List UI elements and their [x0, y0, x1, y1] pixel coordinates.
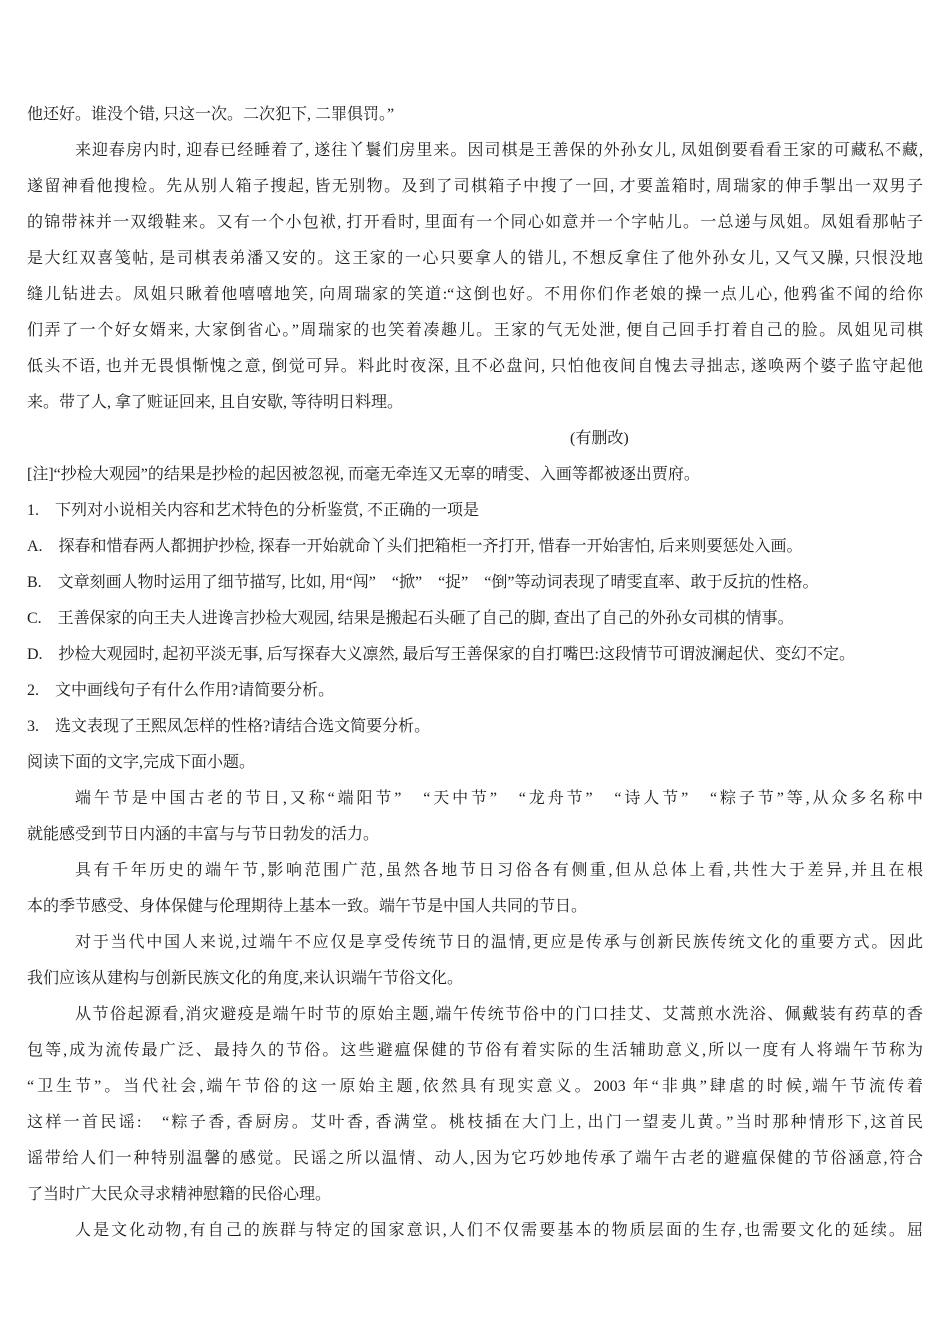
- question-2: 2. 文中画线句子有什么作用?请简要分析。: [27, 673, 923, 709]
- passage2-line-10: 这样一首民谣: “粽子香, 香厨房。艾叶香, 香满堂。桃枝插在大门上, 出门一望…: [27, 1105, 923, 1141]
- question-3: 3. 选文表现了王熙凤怎样的性格?请结合选文简要分析。: [27, 709, 923, 745]
- passage1-line-5: 是大红双喜笺帖, 是司棋表弟潘又安的。这王家的一心只要拿人的错儿, 不想反拿住了…: [27, 241, 923, 277]
- instruction-line: 阅读下面的文字,完成下面小题。: [27, 745, 923, 781]
- passage2-line-12: 了当时广大民众寻求精神慰籍的民俗心理。: [27, 1177, 923, 1213]
- passage1-line-4: 的锦带袜并一双缎鞋来。又有一个小包袱, 打开看时, 里面有一个同心如意并一个字帖…: [27, 205, 923, 241]
- passage2-line-5: 对于当代中国人来说,过端午不应仅是享受传统节日的温情,更应是传承与创新民族传统文…: [27, 925, 923, 961]
- passage1-line-9: 来。带了人, 拿了赃证回来, 且自安歇, 等待明日料理。: [27, 385, 923, 421]
- passage1-line-1: 他还好。谁没个错, 只这一次。二次犯下, 二罪俱罚。”: [27, 97, 923, 133]
- exam-page: 他还好。谁没个错, 只这一次。二次犯下, 二罪俱罚。”来迎春房内时, 迎春已经睡…: [0, 0, 950, 1249]
- option-A: A. 探春和惜春两人都拥护抄检, 探春一开始就命丫头们把箱柜一齐打开, 惜春一开…: [27, 529, 923, 565]
- passage2-line-4: 本的季节感受、身体保健与伦理期待上基本一致。端午节是中国人共同的节日。: [27, 889, 923, 925]
- passage2-line-9: “卫生节”。当代社会,端午节俗的这一原始主题,依然具有现实意义。2003 年“非…: [27, 1069, 923, 1105]
- passage2-line-6: 我们应该从建构与创新民族文化的角度,来认识端午节俗文化。: [27, 961, 923, 997]
- source-note: (有删改): [27, 421, 923, 457]
- option-C: C. 王善保家的向王夫人进谗言抄检大观园, 结果是搬起石头砸了自己的脚, 查出了…: [27, 601, 923, 637]
- passage2-line-13: 人是文化动物,有自己的族群与特定的国家意识,人们不仅需要基本的物质层面的生存,也…: [27, 1213, 923, 1249]
- document-body: 他还好。谁没个错, 只这一次。二次犯下, 二罪俱罚。”来迎春房内时, 迎春已经睡…: [27, 97, 923, 1249]
- passage2-line-8: 包等,成为流传最广泛、最持久的节俗。这些避瘟保健的节俗有着实际的生活辅助意义,所…: [27, 1033, 923, 1069]
- passage2-line-7: 从节俗起源看,消灾避疫是端午时节的原始主题,端午传统节俗中的门口挂艾、艾蒿煎水洗…: [27, 997, 923, 1033]
- question-1: 1. 下列对小说相关内容和艺术特色的分析鉴赏, 不正确的一项是: [27, 493, 923, 529]
- passage2-line-11: 谣带给人们一种特别温馨的感觉。民谣之所以温情、动人,因为它巧妙地传承了端午古老的…: [27, 1141, 923, 1177]
- passage1-line-3: 遂留神看他搜检。先从别人箱子搜起, 皆无别物。及到了司棋箱子中搜了一回, 才要盖…: [27, 169, 923, 205]
- passage2-line-2: 就能感受到节日内涵的丰富与与节日勃发的活力。: [27, 817, 923, 853]
- passage1-line-6: 缝儿钻进去。凤姐只瞅着他嘻嘻地笑, 向周瑞家的笑道:“这倒也好。不用你们作老娘的…: [27, 277, 923, 313]
- passage1-line-8: 低头不语, 也并无畏惧惭愧之意, 倒觉可异。料此时夜深, 且不必盘问, 只怕他夜…: [27, 349, 923, 385]
- passage1-line-7: 们弄了一个好女婿来, 大家倒省心。”周瑞家的也笑着凑趣儿。王家的气无处泄, 便自…: [27, 313, 923, 349]
- passage2-line-3: 具有千年历史的端午节,影响范围广范,虽然各地节日习俗各有侧重,但从总体上看,共性…: [27, 853, 923, 889]
- passage1-line-2: 来迎春房内时, 迎春已经睡着了, 遂往丫鬟们房里来。因司棋是王善保的外孙女儿, …: [27, 133, 923, 169]
- option-B: B. 文章刻画人物时运用了细节描写, 比如, 用“闯” “掀” “捉” “倒”等…: [27, 565, 923, 601]
- footnote: [注]“抄检大观园”的结果是抄检的起因被忽视, 而毫无牵连又无辜的晴雯、入画等都…: [27, 457, 923, 493]
- passage2-line-1: 端午节是中国古老的节日,又称“端阳节” “天中节” “龙舟节” “诗人节” “粽…: [27, 781, 923, 817]
- option-D: D. 抄检大观园时, 起初平淡无事, 后写探春大义凛然, 最后写王善保家的自打嘴…: [27, 637, 923, 673]
